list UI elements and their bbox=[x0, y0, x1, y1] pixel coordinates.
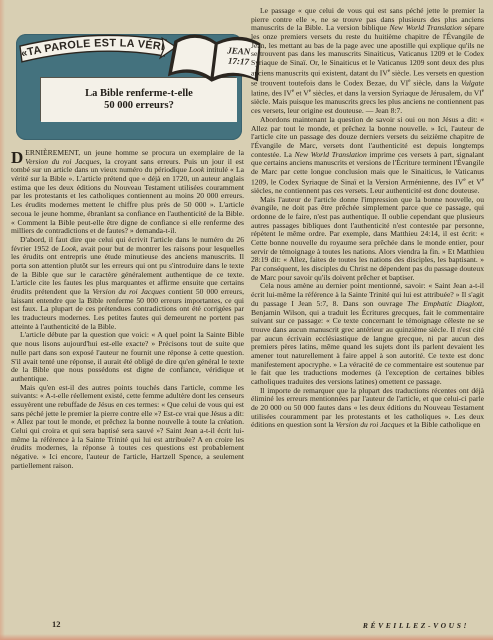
page-gutter-shadow bbox=[0, 0, 5, 640]
scripture-banner: La Bible renferme-t-elle 50 000 erreurs?… bbox=[16, 26, 244, 142]
paragraph: Mais qu'en est-il des autres points touc… bbox=[11, 384, 244, 471]
paragraph: Mais l'auteur de l'article donne l'impre… bbox=[251, 196, 484, 283]
magazine-name: RÉVEILLEZ-VOUS! bbox=[363, 621, 469, 630]
paragraph: L'article débute par la question que voi… bbox=[11, 331, 244, 383]
page-number: 12 bbox=[52, 619, 61, 629]
paragraph: Cela nous amène au dernier point mention… bbox=[251, 282, 484, 386]
right-column: Le passage « que celui de vous qui est s… bbox=[251, 7, 484, 613]
badge-verse-ref: 17:17 bbox=[228, 56, 250, 67]
paragraph: D'abord, il faut dire que celui qui écri… bbox=[11, 236, 244, 332]
magazine-page: La Bible renferme-t-elle 50 000 erreurs?… bbox=[0, 0, 493, 640]
page-edge-shadow bbox=[0, 634, 493, 640]
paragraph: Il importe de remarquer que la plupart d… bbox=[251, 387, 484, 430]
paragraph: DERNIÈREMENT, un jeune homme se procura … bbox=[11, 149, 244, 236]
ribbon-motto: «TA PAROLE EST LA VÉRITÉ» bbox=[18, 28, 172, 60]
ribbon-banner: «TA PAROLE EST LA VÉRITÉ» bbox=[18, 28, 176, 70]
paragraph: Abordons maintenant la question de savoi… bbox=[251, 116, 484, 196]
left-column: DERNIÈREMENT, un jeune homme se procura … bbox=[11, 149, 244, 609]
drop-cap: D bbox=[11, 149, 25, 165]
paragraph: Le passage « que celui de vous qui est s… bbox=[251, 7, 484, 116]
